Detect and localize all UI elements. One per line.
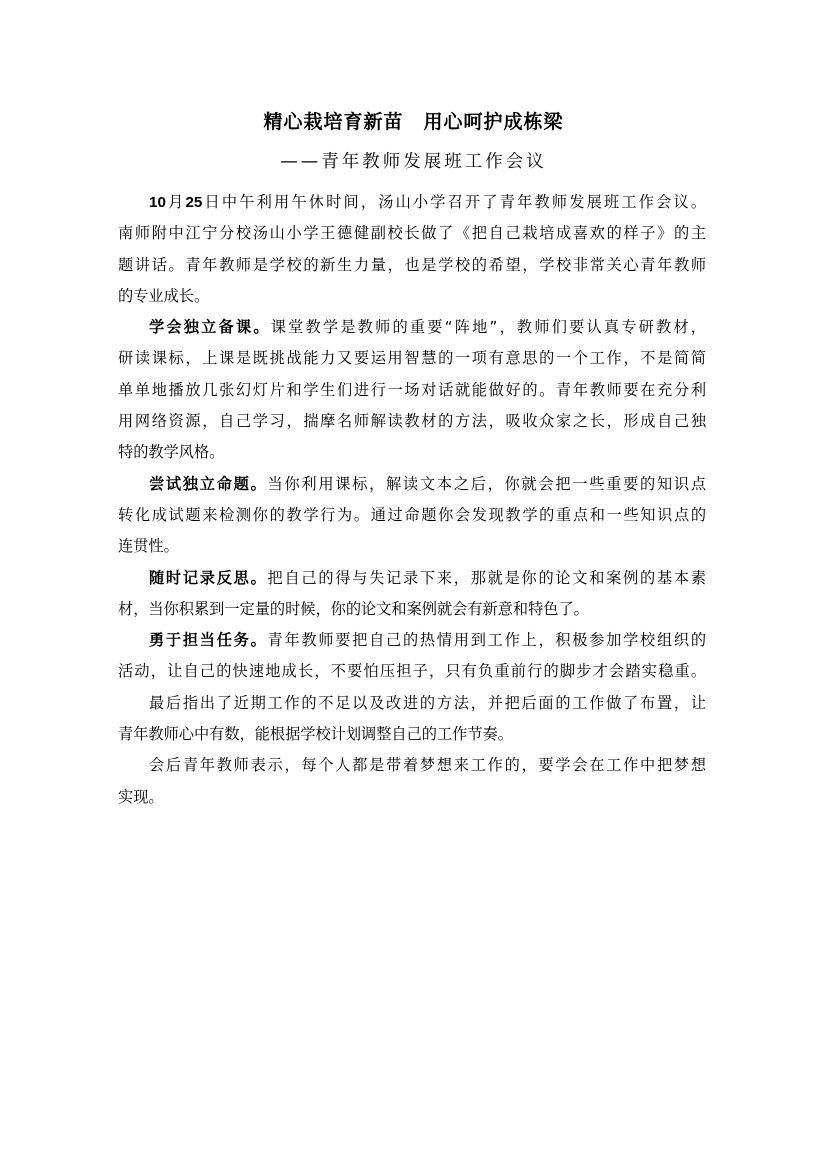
- paragraph-line: 尝试独立命题。当你利用课标，解读文本之后，你就会把一些重要的知识点: [118, 469, 706, 500]
- paragraph-line: 活动，让自己的快速地成长，不要怕压担子，只有负重前行的脚步才会踏实稳重。: [118, 656, 706, 687]
- date-month-label: 月: [166, 193, 186, 211]
- paragraph-line: 单单地播放几张幻灯片和学生们进行一场对话就能做好的。青年教师要在充分利: [118, 375, 706, 406]
- paragraph-heading: 勇于担当任务。: [149, 631, 268, 649]
- paragraph-test-writing: 尝试独立命题。当你利用课标，解读文本之后，你就会把一些重要的知识点 转化成试题来…: [118, 469, 708, 563]
- paragraph-line: 会后青年教师表示，每个人都是带着梦想来工作的，要学会在工作中把梦想: [118, 750, 706, 781]
- date-day-number: 25: [185, 194, 202, 211]
- paragraph-heading: 随时记录反思。: [149, 569, 268, 587]
- document-page: 精心栽培育新苗 用心呵护成栋梁 ——青年教师发展班工作会议 10月25日中午利用…: [0, 0, 827, 1170]
- line-text: 课堂教学是教师的重要“阵地”，教师们要认真专研教材，: [271, 318, 706, 336]
- paragraph-line: 随时记录反思。把自己的得与失记录下来，那就是你的论文和案例的基本素: [118, 563, 706, 594]
- paragraph-heading: 尝试独立命题。: [149, 475, 268, 493]
- paragraph-line: 学会独立备课。课堂教学是教师的重要“阵地”，教师们要认真专研教材，: [118, 312, 706, 343]
- document-subtitle: ——青年教师发展班工作会议: [0, 150, 827, 174]
- paragraph-closing: 会后青年教师表示，每个人都是带着梦想来工作的，要学会在工作中把梦想 实现。: [118, 750, 708, 813]
- paragraph-line: 南师附中江宁分校汤山小学王德健副校长做了《把自己栽培成喜欢的样子》的主: [118, 218, 706, 249]
- date-month-number: 10: [149, 194, 166, 211]
- line-text: 日中午利用午休时间，汤山小学召开了青年教师发展班工作会议。: [202, 193, 706, 211]
- paragraph-responsibility: 勇于担当任务。青年教师要把自己的热情用到工作上，积极参加学校组织的 活动，让自己…: [118, 625, 708, 688]
- paragraph-lesson-prep: 学会独立备课。课堂教学是教师的重要“阵地”，教师们要认真专研教材， 研读课标，上…: [118, 312, 708, 468]
- paragraph-line: 材，当你积累到一定量的时候，你的论文和案例就会有新意和特色了。: [118, 594, 708, 625]
- paragraph-reflection: 随时记录反思。把自己的得与失记录下来，那就是你的论文和案例的基本素 材，当你积累…: [118, 563, 708, 626]
- paragraph-line: 实现。: [118, 782, 708, 813]
- paragraph-line: 10月25日中午利用午休时间，汤山小学召开了青年教师发展班工作会议。: [118, 187, 706, 218]
- document-title: 精心栽培育新苗 用心呵护成栋梁: [0, 110, 827, 134]
- paragraph-line: 用网络资源，自己学习，揣摩名师解读教材的方法，吸收众家之长，形成自己独: [118, 406, 706, 437]
- document-body: 10月25日中午利用午休时间，汤山小学召开了青年教师发展班工作会议。 南师附中江…: [118, 187, 708, 813]
- paragraph-line: 勇于担当任务。青年教师要把自己的热情用到工作上，积极参加学校组织的: [118, 625, 706, 656]
- paragraph-heading: 学会独立备课。: [149, 318, 271, 336]
- paragraph-line: 特的教学风格。: [118, 437, 708, 468]
- line-text: 当你利用课标，解读文本之后，你就会把一些重要的知识点: [268, 475, 706, 493]
- line-text: 青年教师要把自己的热情用到工作上，积极参加学校组织的: [268, 631, 706, 649]
- line-text: 把自己的得与失记录下来，那就是你的论文和案例的基本素: [268, 569, 706, 587]
- paragraph-line: 最后指出了近期工作的不足以及改进的方法，并把后面的工作做了布置，让: [118, 688, 706, 719]
- paragraph-intro: 10月25日中午利用午休时间，汤山小学召开了青年教师发展班工作会议。 南师附中江…: [118, 187, 708, 312]
- paragraph-line: 转化成试题来检测你的教学行为。通过命题你会发现教学的重点和一些知识点的: [118, 500, 706, 531]
- paragraph-line: 连贯性。: [118, 531, 708, 562]
- paragraph-line: 的专业成长。: [118, 281, 708, 312]
- paragraph-line: 青年教师心中有数，能根据学校计划调整自己的工作节奏。: [118, 719, 708, 750]
- paragraph-line: 研读课标，上课是既挑战能力又要运用智慧的一项有意思的一个工作，不是简简: [118, 343, 706, 374]
- paragraph-summary: 最后指出了近期工作的不足以及改进的方法，并把后面的工作做了布置，让 青年教师心中…: [118, 688, 708, 751]
- paragraph-line: 题讲话。青年教师是学校的新生力量，也是学校的希望，学校非常关心青年教师: [118, 250, 706, 281]
